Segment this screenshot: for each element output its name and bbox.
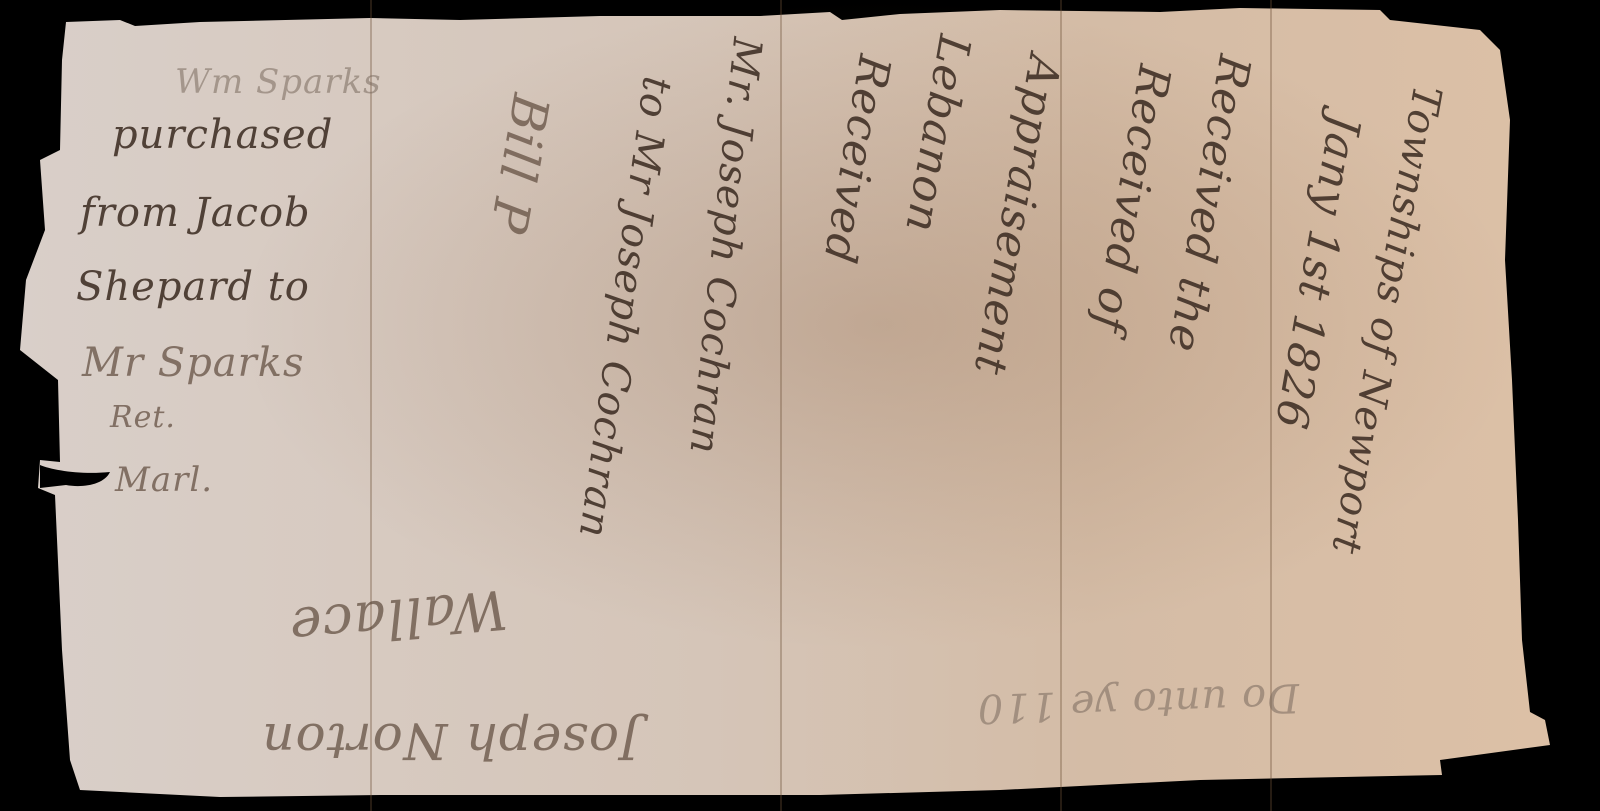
handwritten-line: Wm Sparks <box>175 62 382 102</box>
handwritten-upside-down: Joseph Norton <box>261 712 640 770</box>
handwritten-line: Shepard to <box>76 264 310 310</box>
handwritten-line: Ret. <box>110 400 176 435</box>
document-photo: Wm Sparks purchased from Jacob Shepard t… <box>0 0 1600 811</box>
handwritten-line: Marl. <box>115 460 213 500</box>
handwritten-line: Mr Sparks <box>82 340 305 386</box>
fold-line <box>780 0 782 811</box>
handwritten-line: purchased <box>112 112 333 158</box>
fold-line <box>370 0 372 811</box>
handwritten-line: from Jacob <box>80 190 311 236</box>
